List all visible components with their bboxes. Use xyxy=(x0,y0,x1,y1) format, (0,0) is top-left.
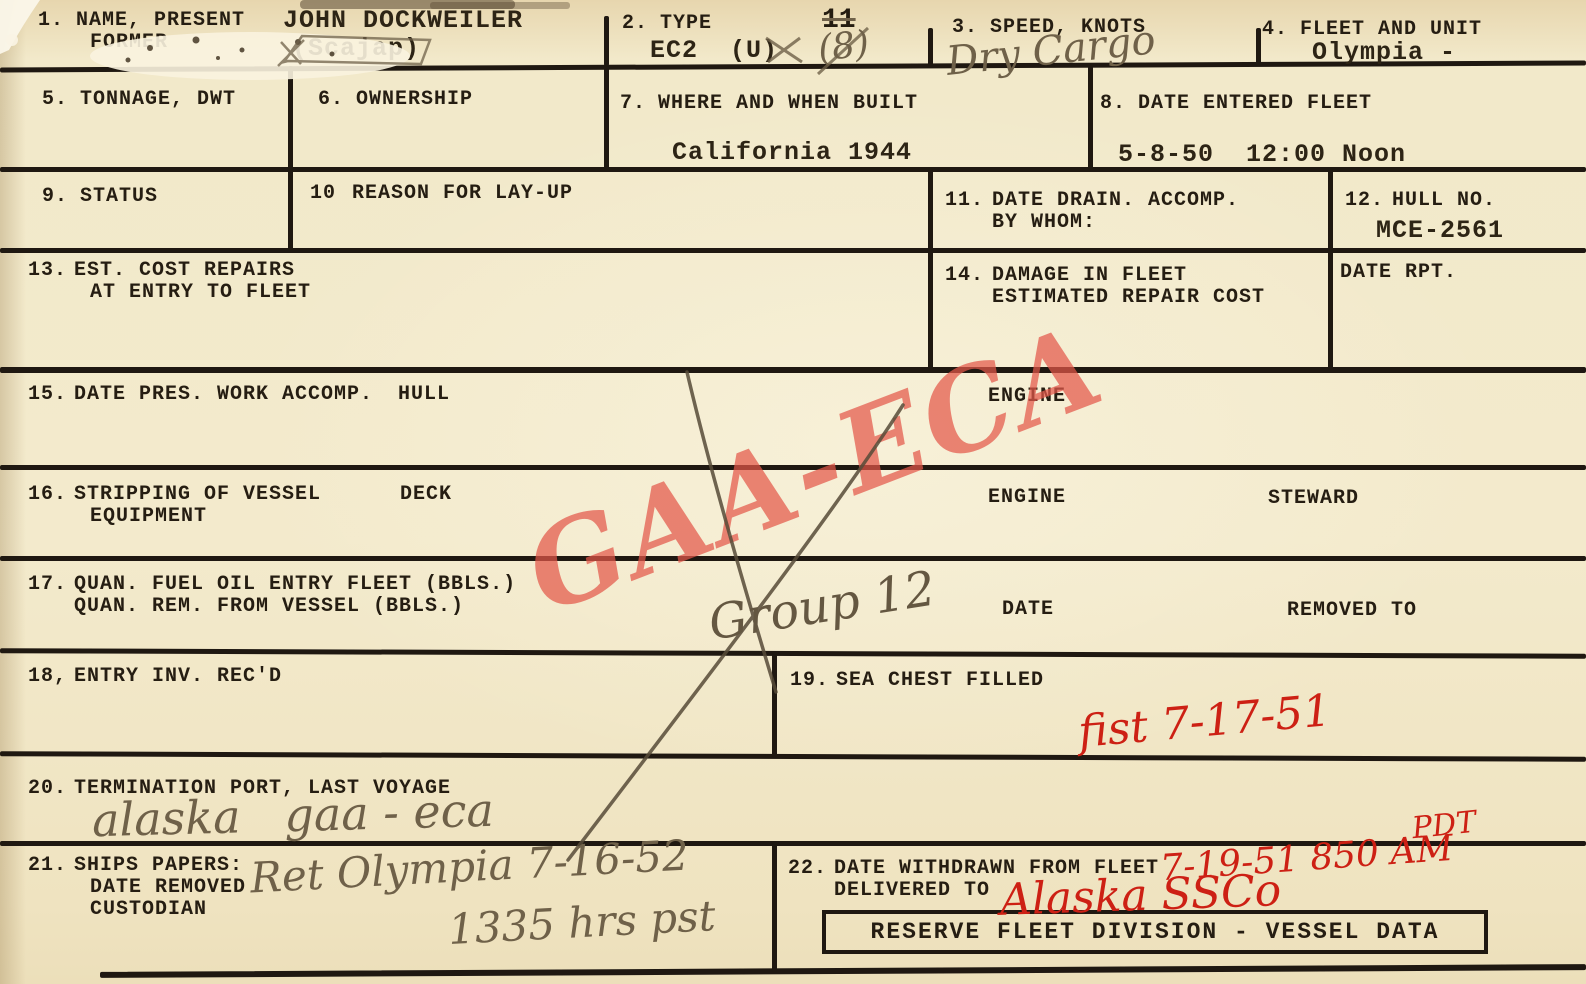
f9-number: 9. xyxy=(42,185,68,208)
f19-label: SEA CHEST FILLED xyxy=(836,669,1044,692)
f12-value-hull-no: MCE-2561 xyxy=(1376,216,1504,245)
f17-number: 17. xyxy=(28,573,67,596)
f16-col-engine: ENGINE xyxy=(988,486,1066,509)
f18-label: ENTRY INV. REC'D xyxy=(74,665,282,688)
f11-number: 11. xyxy=(945,189,984,212)
f20-number: 20. xyxy=(28,777,67,800)
f14-number: 14. xyxy=(945,264,984,287)
f19-number: 19. xyxy=(790,669,829,692)
rule-under-row16 xyxy=(0,556,1586,561)
f2-number: 2. xyxy=(622,12,648,35)
f21-number: 21. xyxy=(28,854,67,877)
f7-label: WHERE AND WHEN BUILT xyxy=(658,92,918,115)
f19-red-note: fist 7-17-51 xyxy=(1076,685,1333,758)
rule-under-row3 xyxy=(0,248,1586,253)
f5-number: 5. xyxy=(42,88,68,111)
divider-f7-f8 xyxy=(1088,66,1093,169)
f21-pencil-note2: 1335 hrs pst xyxy=(447,891,717,954)
paper-tear-corner xyxy=(0,0,40,54)
f13-number: 13. xyxy=(28,259,67,282)
f21-label-line3: CUSTODIAN xyxy=(90,898,207,921)
f6-number: 6. xyxy=(318,88,344,111)
vessel-data-card: 1. NAME, PRESENT FORMER JOHN DOCKWEILER … xyxy=(0,0,1586,984)
f11-label-line1: DATE DRAIN. ACCOMP. xyxy=(992,189,1239,212)
f2-pencil-note: (8) xyxy=(816,23,871,69)
f1-value-former: (Scajap) xyxy=(292,34,420,63)
f12-label: HULL NO. xyxy=(1392,189,1496,212)
divider-f1-f2 xyxy=(604,16,609,66)
divider-f10-f11 xyxy=(928,169,933,250)
divider-f6-f7 xyxy=(604,66,609,169)
divider-f14-daterpt xyxy=(1328,250,1333,369)
f6-label: OWNERSHIP xyxy=(356,88,473,111)
f1-label-line1: NAME, PRESENT xyxy=(76,9,245,32)
f15-col-hull: HULL xyxy=(398,383,450,406)
f22-label-line2: DELIVERED TO xyxy=(834,879,990,902)
f16-col-deck: DECK xyxy=(400,483,452,506)
f1-label-line2: FORMER xyxy=(90,31,168,54)
divider-f21-f22 xyxy=(772,843,777,972)
f21-label-line1: SHIPS PAPERS: xyxy=(74,854,243,877)
f7-number: 7. xyxy=(620,92,646,115)
f22-number: 22. xyxy=(788,857,827,880)
f20-pencil-note: alaska gaa - eca xyxy=(91,783,494,848)
divider-f2-f3 xyxy=(928,28,933,66)
f4-number: 4. xyxy=(1262,18,1288,41)
f7-value: California 1944 xyxy=(672,138,912,167)
f17-label-line2: QUAN. REM. FROM VESSEL (BBLS.) xyxy=(74,595,464,618)
f1-number: 1. xyxy=(38,9,64,32)
rule-bottom-border xyxy=(100,964,1586,978)
f22-red-timezone: PDT xyxy=(1410,805,1478,847)
f9-label: STATUS xyxy=(80,185,158,208)
divider-f3-f4 xyxy=(1256,28,1261,66)
f11-label-line2: BY WHOM: xyxy=(992,211,1096,234)
date-rpt-label: DATE RPT. xyxy=(1340,261,1457,284)
f4-value: Olympia - xyxy=(1312,38,1456,67)
f15-label: DATE PRES. WORK ACCOMP. xyxy=(74,383,373,406)
rule-under-row17 xyxy=(0,648,1586,659)
f5-label: TONNAGE, DWT xyxy=(80,88,236,111)
f16-number: 16. xyxy=(28,483,67,506)
footer-title: RESERVE FLEET DIVISION - VESSEL DATA xyxy=(871,919,1440,945)
f2-value-type: EC2 (U) xyxy=(650,36,778,65)
f21-label-line2: DATE REMOVED xyxy=(90,876,246,899)
rule-under-row18 xyxy=(0,751,1586,762)
f22-red-delivered-to: Alaska SSCo xyxy=(999,865,1282,926)
f15-number: 15. xyxy=(28,383,67,406)
f2-label: TYPE xyxy=(660,12,712,35)
f8-value: 5-8-50 12:00 Noon xyxy=(1118,140,1406,169)
f14-label-line2: ESTIMATED REPAIR COST xyxy=(992,286,1265,309)
f10-number: 10 xyxy=(310,182,336,205)
f17-col-removed-to: REMOVED TO xyxy=(1287,599,1417,622)
f14-label-line1: DAMAGE IN FLEET xyxy=(992,264,1187,287)
f1-value-name: JOHN DOCKWEILER xyxy=(283,6,523,35)
f17-col-date: DATE xyxy=(1002,598,1054,621)
f16-col-steward: STEWARD xyxy=(1268,487,1359,510)
f10-label: REASON FOR LAY-UP xyxy=(352,182,573,205)
f8-number: 8. xyxy=(1100,92,1126,115)
paper-spot xyxy=(6,34,18,46)
f18-number: 18, xyxy=(28,665,67,688)
f12-number: 12. xyxy=(1345,189,1384,212)
divider-f5-f6 xyxy=(288,66,293,169)
pencil-group-annotation: Group 12 xyxy=(705,560,939,651)
f8-label: DATE ENTERED FLEET xyxy=(1138,92,1372,115)
rule-under-row4 xyxy=(0,367,1586,373)
divider-f18-f19 xyxy=(772,653,777,757)
f16-label-line2: EQUIPMENT xyxy=(90,505,207,528)
f17-label-line1: QUAN. FUEL OIL ENTRY FLEET (BBLS.) xyxy=(74,573,516,596)
divider-f11-f12 xyxy=(1328,169,1333,250)
f16-label-line1: STRIPPING OF VESSEL xyxy=(74,483,321,506)
f13-label-line1: EST. COST REPAIRS xyxy=(74,259,295,282)
f13-label-line2: AT ENTRY TO FLEET xyxy=(90,281,311,304)
divider-f13-f14 xyxy=(928,250,933,369)
divider-f9-f10 xyxy=(288,169,293,250)
